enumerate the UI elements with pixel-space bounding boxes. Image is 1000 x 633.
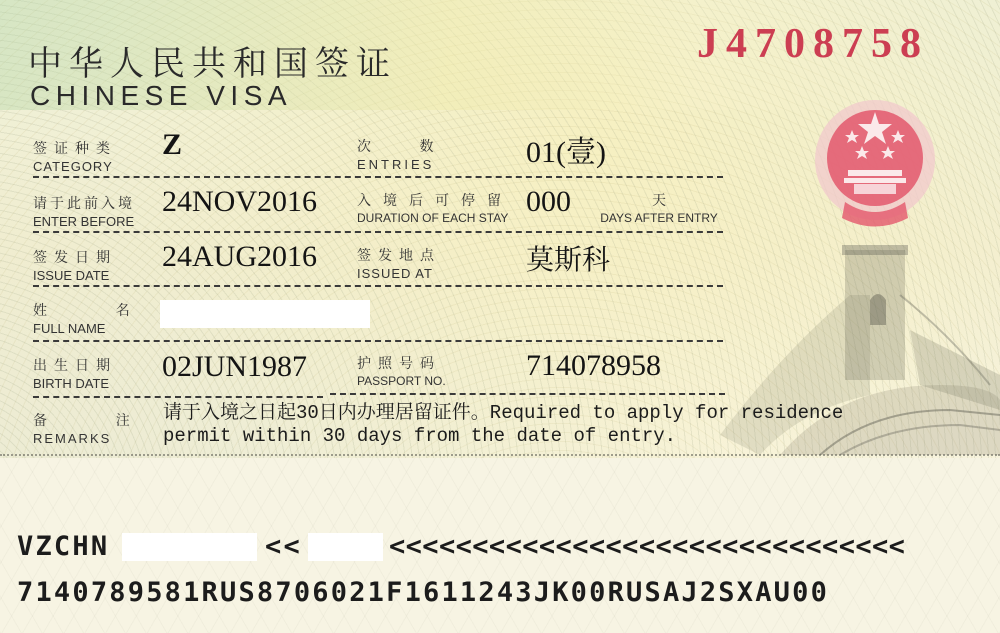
visa-page: 中华人民共和国签证 CHINESE VISA J4708758 签证种类 CAT… <box>0 0 1000 633</box>
mrz-line-1: VZCHN <box>17 531 109 562</box>
passport-no-value: 714078958 <box>526 349 661 383</box>
title-chinese: 中华人民共和国签证 <box>28 36 397 85</box>
national-emblem-icon <box>800 90 950 240</box>
row-divider <box>33 285 723 287</box>
mrz-name-redacted <box>122 533 257 561</box>
mrz-prefix: VZCHN <box>17 531 109 562</box>
entries-value: 01(壹) <box>526 127 606 171</box>
full-name-redacted <box>160 300 370 328</box>
row-divider <box>33 340 723 342</box>
birth-date-value: 02JUN1987 <box>162 350 307 384</box>
title-english: CHINESE VISA <box>30 80 292 112</box>
issue-date-value: 24AUG2016 <box>162 240 317 274</box>
mrz-given-name-redacted <box>308 533 383 561</box>
issued-at-value: 莫斯科 <box>526 238 610 278</box>
category-value: Z <box>162 128 182 162</box>
remarks-line-2: permit within 30 days from the date of e… <box>163 425 676 447</box>
duration-unit: 天 DAYS AFTER ENTRY <box>597 190 721 225</box>
enter-before-value: 24NOV2016 <box>162 185 317 219</box>
visa-serial-number: J4708758 <box>697 20 929 68</box>
birth-date-label: 出生日期 BIRTH DATE <box>33 355 117 391</box>
entries-label: 次 数 ENTRIES <box>357 136 455 172</box>
passport-no-label: 护照号码 PASSPORT NO. <box>357 353 446 388</box>
section-divider <box>0 454 1000 456</box>
mrz-filler: <<<<<<<<<<<<<<<<<<<<<<<<<<<<<<< <box>389 531 905 562</box>
row-divider <box>33 231 723 233</box>
full-name-label: 姓 名 FULL NAME <box>33 300 136 336</box>
mrz-line-2: 7140789581RUS8706021F1611243JK00RUSAJ2SX… <box>17 577 829 608</box>
issued-at-label: 签发地点 ISSUED AT <box>357 245 441 281</box>
mrz-separator: << <box>265 531 302 562</box>
issue-date-label: 签发日期 ISSUE DATE <box>33 247 117 283</box>
remarks-line-1: 请于入境之日起30日内办理居留证件。Required to apply for … <box>163 397 843 424</box>
remarks-label: 备 注 REMARKS <box>33 410 136 446</box>
duration-label: 入境后可停留 DURATION OF EACH STAY <box>357 190 513 225</box>
row-divider <box>330 393 725 395</box>
category-label: 签证种类 CATEGORY <box>33 138 117 174</box>
enter-before-label: 请于此前入境 ENTER BEFORE <box>33 193 135 229</box>
row-divider <box>33 176 723 178</box>
duration-value: 000 <box>526 185 571 219</box>
